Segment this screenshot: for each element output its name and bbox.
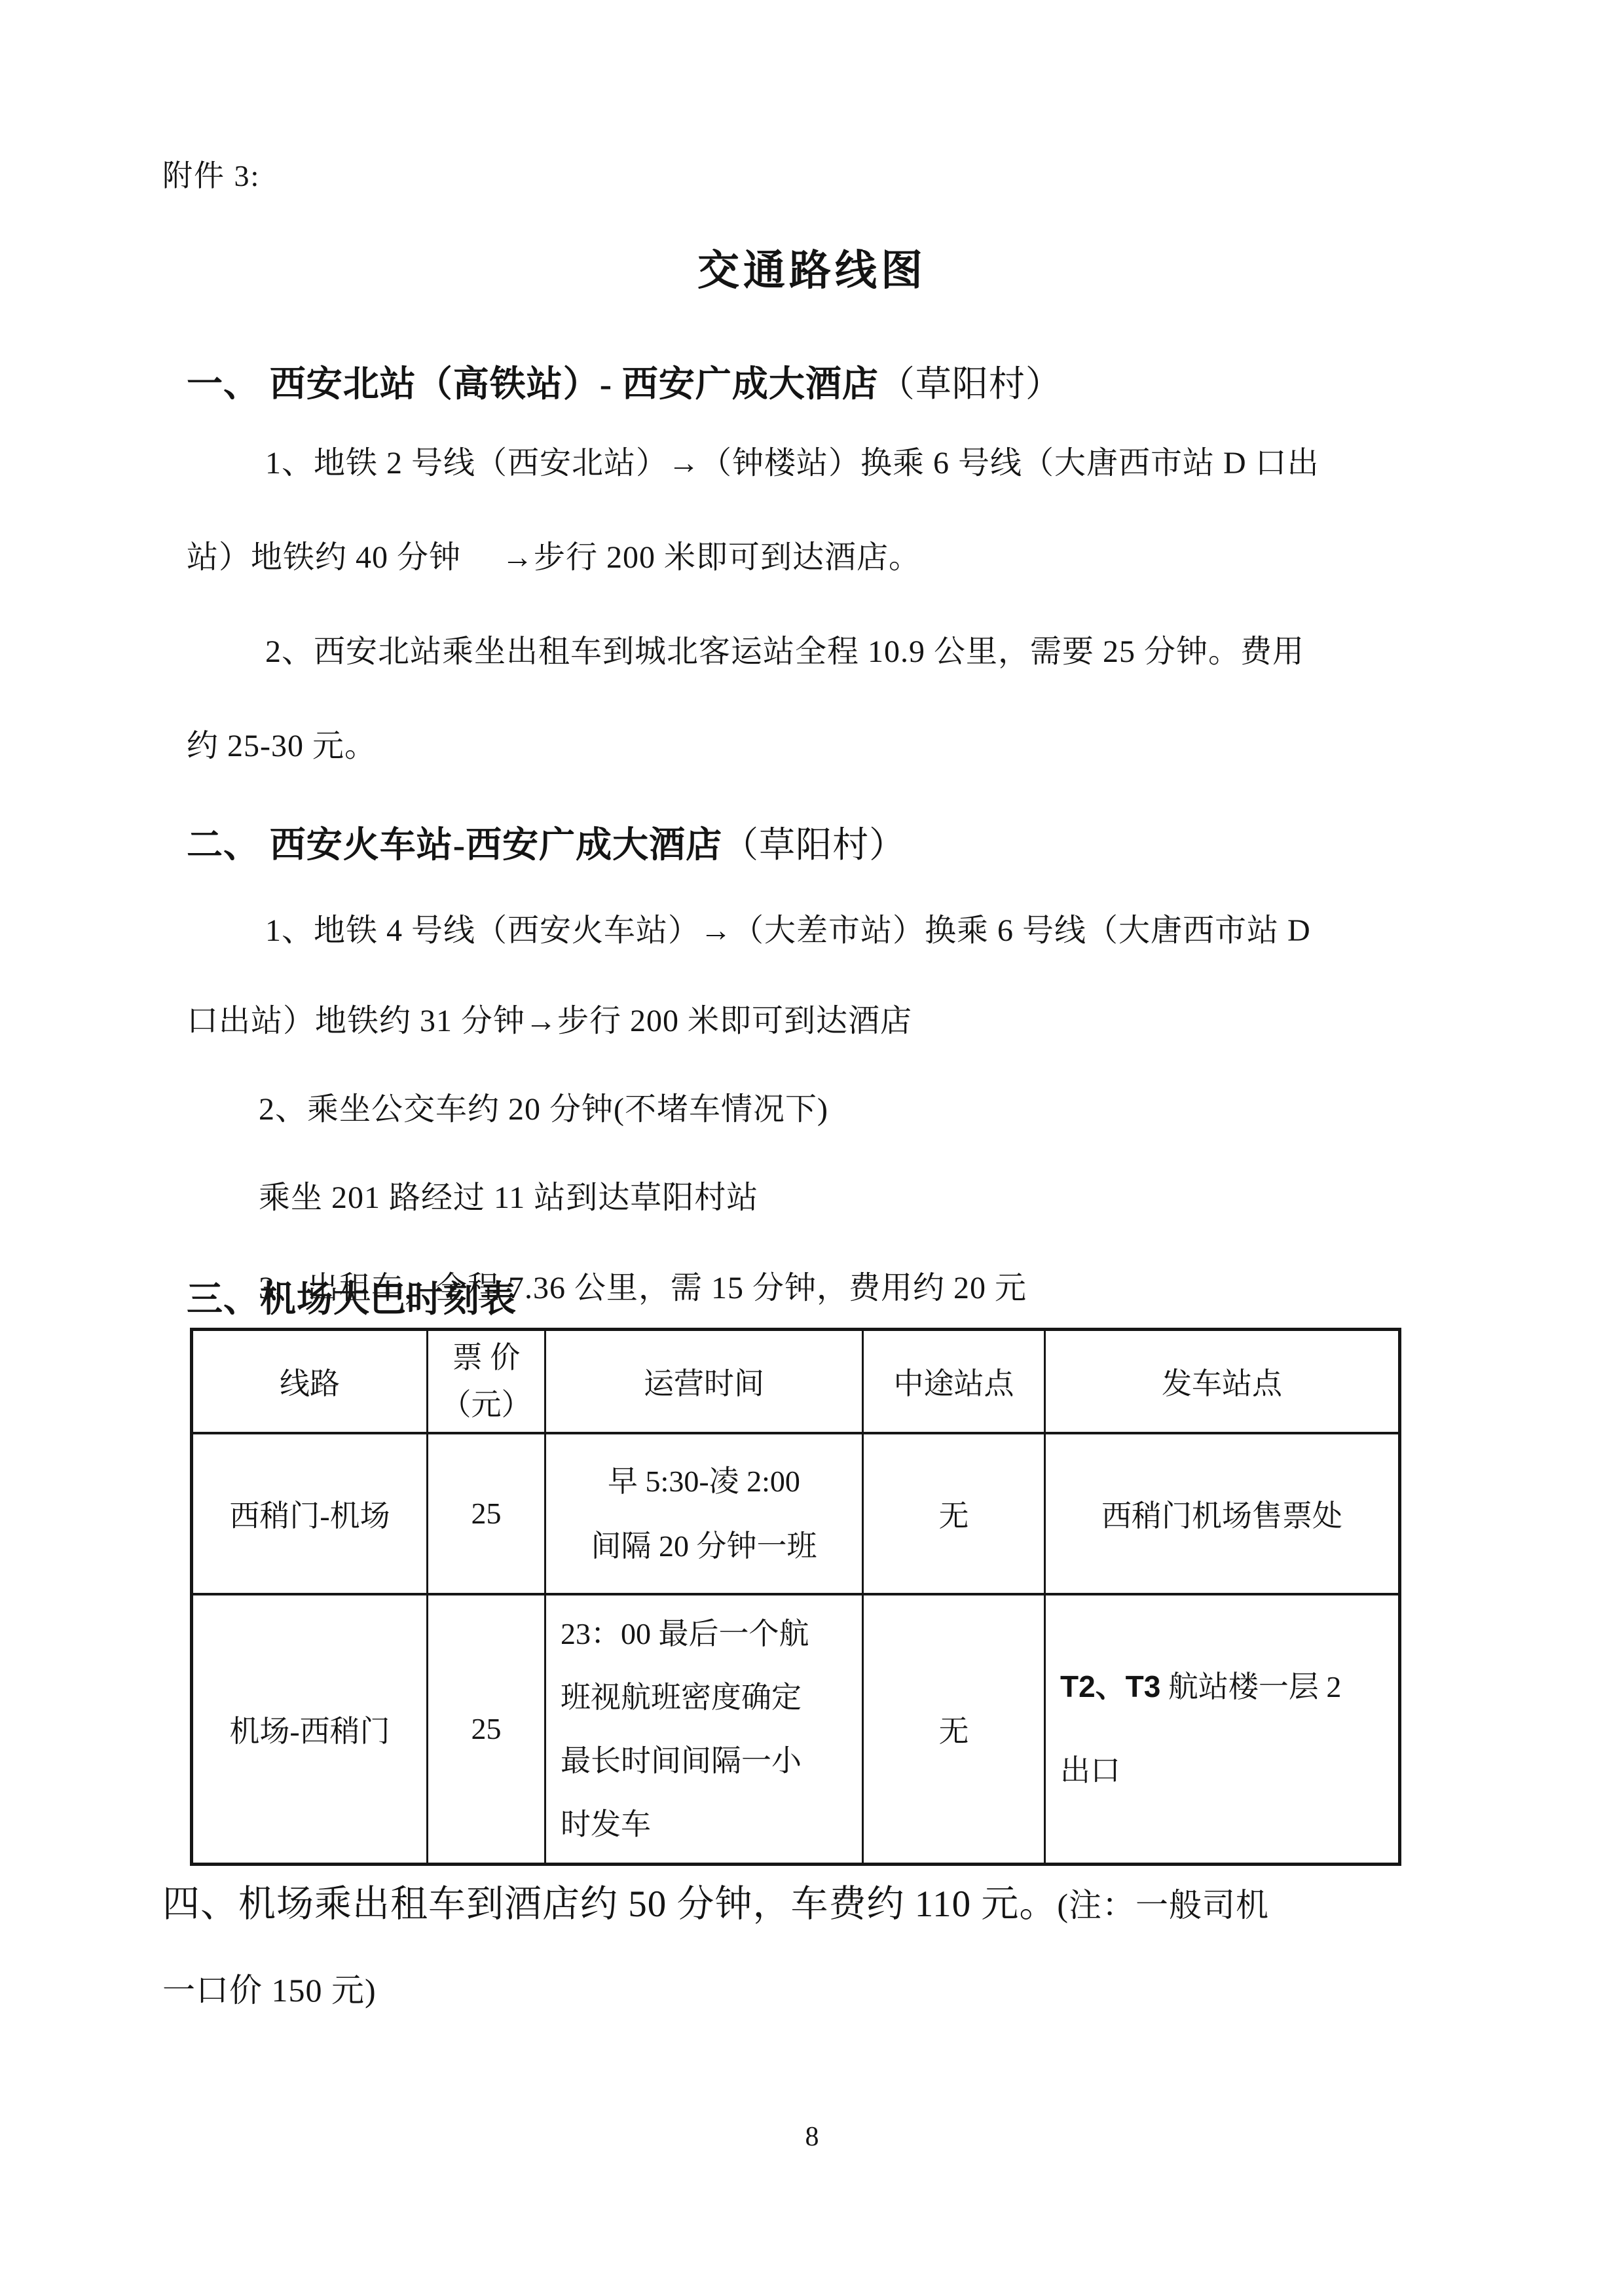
section3-heading: 三、机场大巴时刻表: [187, 1270, 517, 1322]
row1-price: 25: [428, 1433, 545, 1594]
header-price: 票 价 （元）: [428, 1330, 545, 1433]
table-row-1: 西稍门-机场 25 早 5:30-凌 2:00 间隔 20 分钟一班 无 西稍门…: [192, 1433, 1400, 1594]
section2-line-1: 1、地铁 4 号线（西安火车站）→（大差市站）换乘 6 号线（大唐西市站 D: [265, 905, 1311, 950]
section4-note-start: (注：一般司机: [1057, 1887, 1269, 1923]
header-station: 发车站点: [1045, 1330, 1400, 1433]
row2-time: 23：00 最后一个航 班视航班密度确定 最长时间间隔一小 时发车: [545, 1594, 863, 1865]
section1-heading-paren: （草阳村）: [879, 364, 1062, 404]
row2-station-line2: 出口: [1060, 1729, 1398, 1813]
row1-stops: 无: [863, 1433, 1045, 1594]
page-title: 交通路线图: [0, 237, 1624, 297]
page-number: 8: [0, 2121, 1624, 2153]
row1-time-line1: 早 5:30-凌 2:00: [546, 1449, 862, 1514]
row1-time: 早 5:30-凌 2:00 间隔 20 分钟一班: [545, 1433, 863, 1594]
header-route: 线路: [192, 1330, 428, 1433]
row2-price: 25: [428, 1594, 545, 1865]
table-row-2: 机场-西稍门 25 23：00 最后一个航 班视航班密度确定 最长时间间隔一小 …: [192, 1594, 1400, 1865]
section4-line-1: 四、机场乘出租车到酒店约 50 分钟，车费约 110 元。(注：一般司机: [162, 1874, 1269, 1927]
section2-heading: 二、 西安火车站-西安广成大酒店（草阳村）: [187, 816, 906, 867]
header-stops: 中途站点: [863, 1330, 1045, 1433]
section2-line-2: 口出站）地铁约 31 分钟→步行 200 米即可到达酒店: [187, 995, 912, 1040]
table-header-row: 线路 票 价 （元） 运营时间 中途站点 发车站点: [192, 1330, 1400, 1433]
airport-bus-table: 线路 票 价 （元） 运营时间 中途站点 发车站点 西稍门-机场 25 早 5:…: [190, 1328, 1401, 1866]
section1-line-4: 约 25-30 元。: [187, 720, 377, 765]
section2-line-4: 乘坐 201 路经过 11 站到达草阳村站: [259, 1172, 758, 1217]
row2-time-line3: 最长时间间隔一小: [561, 1729, 862, 1793]
header-price-line2: （元）: [428, 1381, 544, 1429]
section1-line-1: 1、地铁 2 号线（西安北站）→（钟楼站）换乘 6 号线（大唐西市站 D 口出: [265, 437, 1319, 483]
row2-time-line1: 23：00 最后一个航: [561, 1602, 862, 1666]
section2-line-3: 2、乘坐公交车约 20 分钟(不堵车情况下): [259, 1084, 828, 1129]
row2-time-line2: 班视航班密度确定: [561, 1666, 862, 1729]
row1-time-line2: 间隔 20 分钟一班: [546, 1514, 862, 1578]
row1-route: 西稍门-机场: [192, 1433, 428, 1594]
row2-station: T2、T3 航站楼一层 2 出口: [1045, 1594, 1400, 1865]
document-page: 附件 3: 交通路线图 一、 西安北站（高铁站）- 西安广成大酒店（草阳村） 1…: [0, 0, 1624, 2296]
row2-route: 机场-西稍门: [192, 1594, 428, 1865]
section1-line-3: 2、西安北站乘坐出租车到城北客运站全程 10.9 公里，需要 25 分钟。费用: [265, 626, 1304, 671]
header-price-line1: 票 价: [428, 1334, 544, 1381]
section1-line-2: 站）地铁约 40 分钟 →步行 200 米即可到达酒店。: [187, 532, 921, 577]
row2-station-line1: T2、T3 航站楼一层 2: [1060, 1645, 1398, 1729]
header-time: 运营时间: [545, 1330, 863, 1433]
row2-station-rest: 航站楼一层 2: [1160, 1670, 1341, 1704]
attachment-label: 附件 3:: [162, 152, 260, 195]
section1-heading: 一、 西安北站（高铁站）- 西安广成大酒店（草阳村）: [187, 355, 1062, 407]
row2-station-terminals: T2、T3: [1060, 1669, 1160, 1704]
section2-heading-paren: （草阳村）: [722, 825, 906, 865]
section1-heading-main: 一、 西安北站（高铁站）- 西安广成大酒店: [187, 364, 879, 404]
row2-stops: 无: [863, 1594, 1045, 1865]
row1-station: 西稍门机场售票处: [1045, 1433, 1400, 1594]
section2-heading-main: 二、 西安火车站-西安广成大酒店: [187, 825, 722, 865]
section4-main-text: 四、机场乘出租车到酒店约 50 分钟，车费约 110 元。: [162, 1884, 1057, 1925]
row2-time-line4: 时发车: [561, 1793, 862, 1856]
section4-line-2: 一口价 150 元): [162, 1964, 377, 2011]
